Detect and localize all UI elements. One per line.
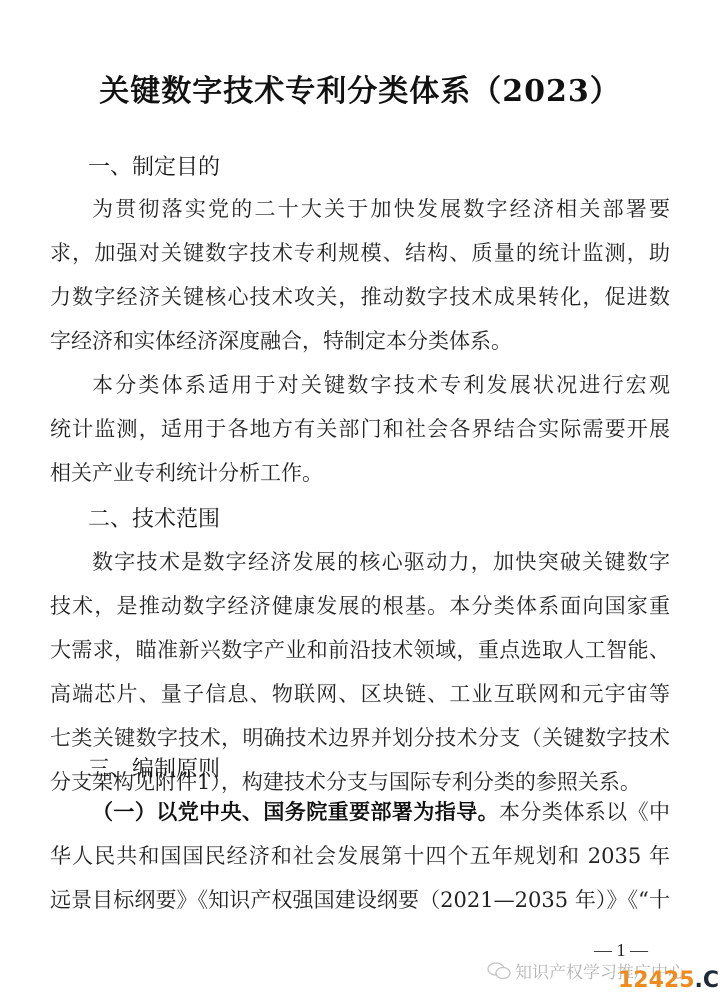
paragraph-lead-line: （一）以党中央、国务院重要部署为指导。本分类体系以《中 xyxy=(92,796,670,826)
paragraph-line: 大需求，瞄准新兴数字产业和前沿技术领域，重点选取人工智能、 xyxy=(50,634,670,664)
section-heading-scope: 二、技术范围 xyxy=(88,502,220,533)
paragraph-line: 为贯彻落实党的二十大关于加快发展数字经济相关部署要 xyxy=(92,193,670,223)
paragraph-line: 统计监测，适用于各地方有关部门和社会各界结合实际需要开展 xyxy=(50,413,670,443)
site-badge: 12425.CN xyxy=(618,968,720,993)
paragraph-line: 数字技术是数字经济发展的核心驱动力，加快突破关键数字 xyxy=(92,546,670,576)
section-heading-principles: 三、编制原则 xyxy=(88,752,220,783)
site-badge-suffix: .CN xyxy=(695,968,720,993)
principle-text: 本分类体系以《中 xyxy=(499,800,670,824)
paragraph-line: 技术，是推动数字经济健康发展的根基。本分类体系面向国家重 xyxy=(50,590,670,620)
paragraph-line: 求，加强对关键数字技术专利规模、结构、质量的统计监测，助 xyxy=(50,237,670,267)
document-title: 关键数字技术专利分类体系（2023） xyxy=(0,66,720,110)
document-page: 关键数字技术专利分类体系（2023） 一、制定目的 为贯彻落实党的二十大关于加快… xyxy=(0,0,720,1001)
paragraph-line: 华人民共和国国民经济和社会发展第十四个五年规划和 2035 年 xyxy=(50,840,670,870)
paragraph-line: 七类关键数字技术，明确技术边界并划分技术分支（关键数字技术 xyxy=(50,722,670,752)
paragraph-line: 字经济和实体经济深度融合，特制定本分类体系。 xyxy=(50,325,670,355)
paragraph-line: 力数字经济关键核心技术攻关，推动数字技术成果转化，促进数 xyxy=(50,281,670,311)
principle-heading: （一）以党中央、国务院重要部署为指导。 xyxy=(92,799,499,824)
site-badge-number: 12425 xyxy=(618,968,695,993)
paragraph-line: 本分类体系适用于对关键数字技术专利发展状况进行宏观 xyxy=(92,369,670,399)
paragraph-line: 相关产业专利统计分析工作。 xyxy=(50,457,670,487)
paragraph-line: 高端芯片、量子信息、物联网、区块链、工业互联网和元宇宙等 xyxy=(50,678,670,708)
paragraph-line: 远景目标纲要》《知识产权强国建设纲要（2021—2035 年）》《“十 xyxy=(50,884,670,914)
section-heading-purpose: 一、制定目的 xyxy=(88,150,220,181)
wechat-icon xyxy=(487,962,511,980)
